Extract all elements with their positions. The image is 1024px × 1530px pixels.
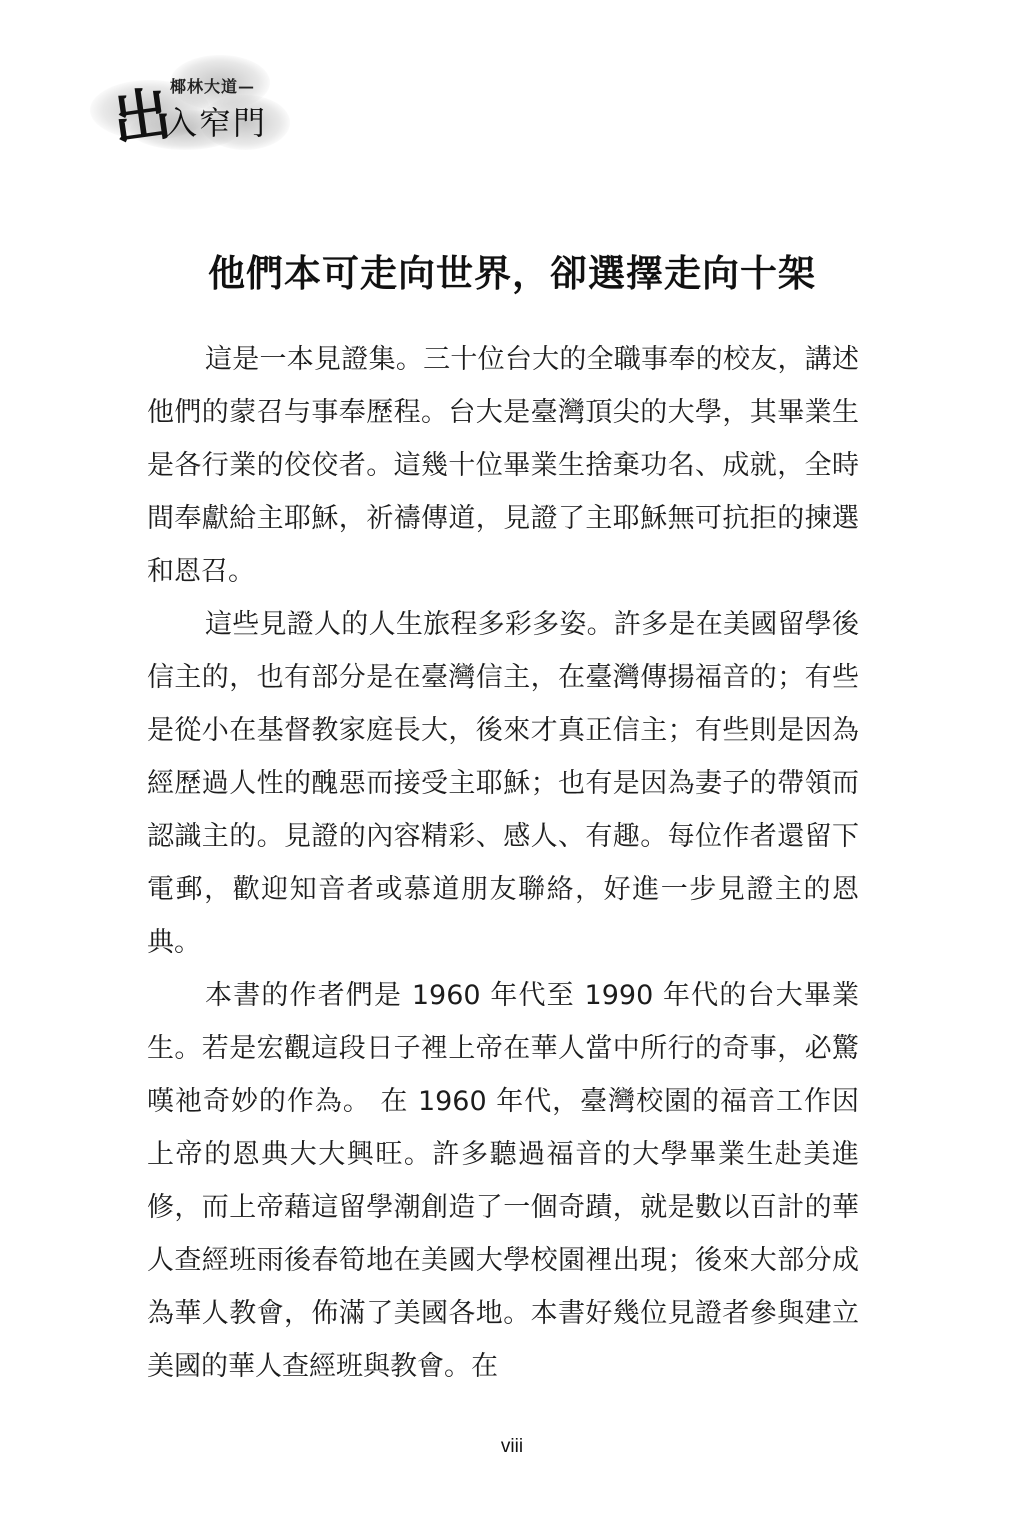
logo-subtitle: 椰林大道— (170, 74, 255, 97)
page-number: viii (0, 1436, 1024, 1458)
paragraph: 這些見證人的人生旅程多彩多姿。許多是在美國留學後信主的，也有部分是在臺灣信主，在… (147, 598, 859, 969)
book-series-logo: 出 椰林大道— 入窄門 (70, 40, 290, 160)
logo-main-text: 入窄門 (165, 98, 267, 144)
body-text: 這是一本見證集。三十位台大的全職事奉的校友，講述他們的蒙召与事奉歷程。台大是臺灣… (147, 333, 859, 1393)
paragraph: 本書的作者們是 1960 年代至 1990 年代的台大畢業生。若是宏觀這段日子裡… (147, 969, 859, 1393)
chapter-title: 他們本可走向世界，卻選擇走向十架 (0, 243, 1024, 297)
paragraph: 這是一本見證集。三十位台大的全職事奉的校友，講述他們的蒙召与事奉歷程。台大是臺灣… (147, 333, 859, 598)
